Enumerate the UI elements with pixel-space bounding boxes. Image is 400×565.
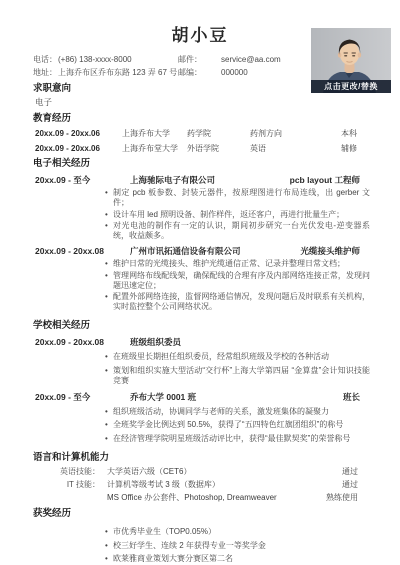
skill-row: 英语技能： 大学英语六级（CET6） 通过	[33, 467, 358, 477]
edu-degree: 本科	[317, 128, 357, 139]
award-bullet: 市优秀毕业生（TOP0.05%）	[105, 527, 370, 537]
edu-school: 上海乔布大学	[122, 128, 187, 139]
edu-school: 上海乔布堂大学	[122, 143, 187, 154]
job-date: 20xx.09 - 20xx.08	[35, 246, 130, 257]
skill-value: 大学英语六级（CET6）	[107, 467, 335, 477]
activity-bullet-list: 在班级里长期担任组织委员，经常组织班级及学校的各种活动 策划和组织实施大型活动“…	[105, 352, 370, 387]
job-bullet-list: 制定 pcb 板参数、封装元器件，按原理图进行布局连线，出 gerber 文件；…	[105, 188, 370, 241]
edu-date: 20xx.09 - 20xx.06	[35, 143, 122, 154]
zip-value: 000000	[221, 67, 300, 78]
activity-title: 班级组织委员	[130, 337, 360, 348]
skill-label: IT 技能：	[33, 480, 100, 490]
job-company: 广州市讯拓通信设备有限公司	[130, 246, 300, 257]
job-bullet: 制定 pcb 板参数、封装元器件，按原理图进行布局连线，出 gerber 文件；	[105, 188, 370, 208]
activity-date: 20xx.09 - 20xx.08	[35, 337, 130, 348]
skill-label: 英语技能：	[33, 467, 100, 477]
job-bullet-list: 维护日常的光缆接头、维护光缆通信正常、记录并整理日常文档； 管理网络布线配线架，…	[105, 259, 370, 312]
job-bullet: 配置外部网络连接，监督网络通信情况，发现问题后及时联系有关机构，实时监控整个公司…	[105, 292, 370, 312]
phone-value: (+86) 138-xxxx-8000	[58, 54, 178, 65]
edu-major: 英语	[250, 143, 317, 154]
education-row: 20xx.09 - 20xx.06 上海乔布大学 药学院 药剂方向 本科	[35, 128, 357, 139]
address-label: 地址：	[33, 67, 58, 78]
objective-value: 电子	[35, 97, 400, 108]
edu-date: 20xx.09 - 20xx.06	[35, 128, 122, 139]
job-date: 20xx.09 - 至今	[35, 175, 130, 186]
awards-bullet-list: 市优秀毕业生（TOP0.05%） 校三好学生、连续 2 年获得专业一等奖学金 欧…	[105, 527, 370, 564]
activity-bullet: 全班奖学金比例达到 50.5%，获得了“五四特色红旗团组织”的称号	[105, 420, 370, 431]
activity-bullet: 组织班级活动，协调同学与老师的关系，激发班集体的凝聚力	[105, 407, 370, 418]
resume-page: 胡小豆 电话： (+86) 138-xxxx-8000 邮件： service@…	[0, 0, 400, 565]
skill-row: MS Office 办公套件、Photoshop, Dreamweaver 熟练…	[33, 493, 358, 503]
skill-status: 通过	[342, 467, 358, 477]
edu-degree: 辅修	[317, 143, 357, 154]
job-bullet: 对光电池的制作有一定的认识，期间初步研究一台光伏发电-逆变器系统，收益颇多。	[105, 221, 370, 241]
award-bullet: 校三好学生、连续 2 年获得专业一等奖学金	[105, 541, 370, 551]
award-bullet: 欧莱雅商业策划大赛分赛区第二名	[105, 554, 370, 564]
email-value: service@aa.com	[221, 54, 300, 65]
skill-row: IT 技能： 计算机等级考试 3 级（数据库） 通过	[33, 480, 358, 490]
contact-block: 电话： (+86) 138-xxxx-8000 邮件： service@aa.c…	[33, 54, 300, 78]
job-role: pcb layout 工程师	[290, 175, 360, 186]
job-header: 20xx.09 - 至今 上海驰际电子有限公司 pcb layout 工程师	[35, 175, 360, 186]
skill-status: 通过	[342, 480, 358, 490]
activity-title: 乔布大学 0001 班	[130, 392, 343, 403]
job-bullet: 设计车用 led 照明设备、制作样件，返还客户，再进行批量生产；	[105, 210, 370, 220]
edu-college: 药学院	[187, 128, 250, 139]
phone-label: 电话：	[33, 54, 58, 65]
photo-replace-button[interactable]: 点击更改/替换	[311, 80, 391, 93]
education-row: 20xx.09 - 20xx.06 上海乔布堂大学 外语学院 英语 辅修	[35, 143, 357, 154]
education-table: 20xx.09 - 20xx.06 上海乔布大学 药学院 药剂方向 本科 20x…	[35, 128, 357, 154]
school-activity-header: 20xx.09 - 20xx.08 班级组织委员	[35, 337, 360, 348]
job-role: 光缆接头维护师	[300, 246, 360, 257]
activity-bullet: 策划和组织实施大型活动“交行杯”上海大学第四届 “金算盘”会计知识技能竞赛	[105, 366, 370, 387]
job-bullet: 维护日常的光缆接头、维护光缆通信正常、记录并整理日常文档；	[105, 259, 370, 269]
activity-bullet: 在班级里长期担任组织委员，经常组织班级及学校的各种活动	[105, 352, 370, 363]
email-label: 邮件：	[178, 54, 221, 65]
skill-status: 熟练使用	[326, 493, 358, 503]
job-bullet: 管理网络布线配线架，确保配线的合理有序及内部网络连接正常，发现问题迅速定位；	[105, 271, 370, 291]
address-value: 上海乔布区乔布东路 123 弄 67 号	[58, 67, 178, 78]
zip-label: 邮编：	[178, 67, 221, 78]
skills-table: 英语技能： 大学英语六级（CET6） 通过 IT 技能： 计算机等级考试 3 级…	[33, 467, 358, 503]
skill-label	[33, 493, 100, 503]
section-title-school: 学校相关经历	[33, 320, 400, 332]
id-photo[interactable]: 点击更改/替换	[311, 28, 391, 93]
skill-value: MS Office 办公套件、Photoshop, Dreamweaver	[107, 493, 319, 503]
section-title-skills: 语言和计算机能力	[33, 452, 400, 464]
activity-bullet-list: 组织班级活动，协调同学与老师的关系，激发班集体的凝聚力 全班奖学金比例达到 50…	[105, 407, 370, 445]
edu-college: 外语学院	[187, 143, 250, 154]
activity-role: 班长	[343, 392, 360, 403]
job-company: 上海驰际电子有限公司	[130, 175, 290, 186]
job-header: 20xx.09 - 20xx.08 广州市讯拓通信设备有限公司 光缆接头维护师	[35, 246, 360, 257]
section-title-education: 教育经历	[33, 113, 400, 125]
section-title-work: 电子相关经历	[33, 158, 400, 170]
edu-major: 药剂方向	[250, 128, 317, 139]
section-title-awards: 获奖经历	[33, 508, 400, 520]
activity-bullet: 在经济管理学院明星班级活动评比中，获得“最佳默契奖”的荣誉称号	[105, 434, 370, 445]
activity-date: 20xx.09 - 至今	[35, 392, 130, 403]
skill-value: 计算机等级考试 3 级（数据库）	[107, 480, 335, 490]
school-activity-header: 20xx.09 - 至今 乔布大学 0001 班 班长	[35, 392, 360, 403]
